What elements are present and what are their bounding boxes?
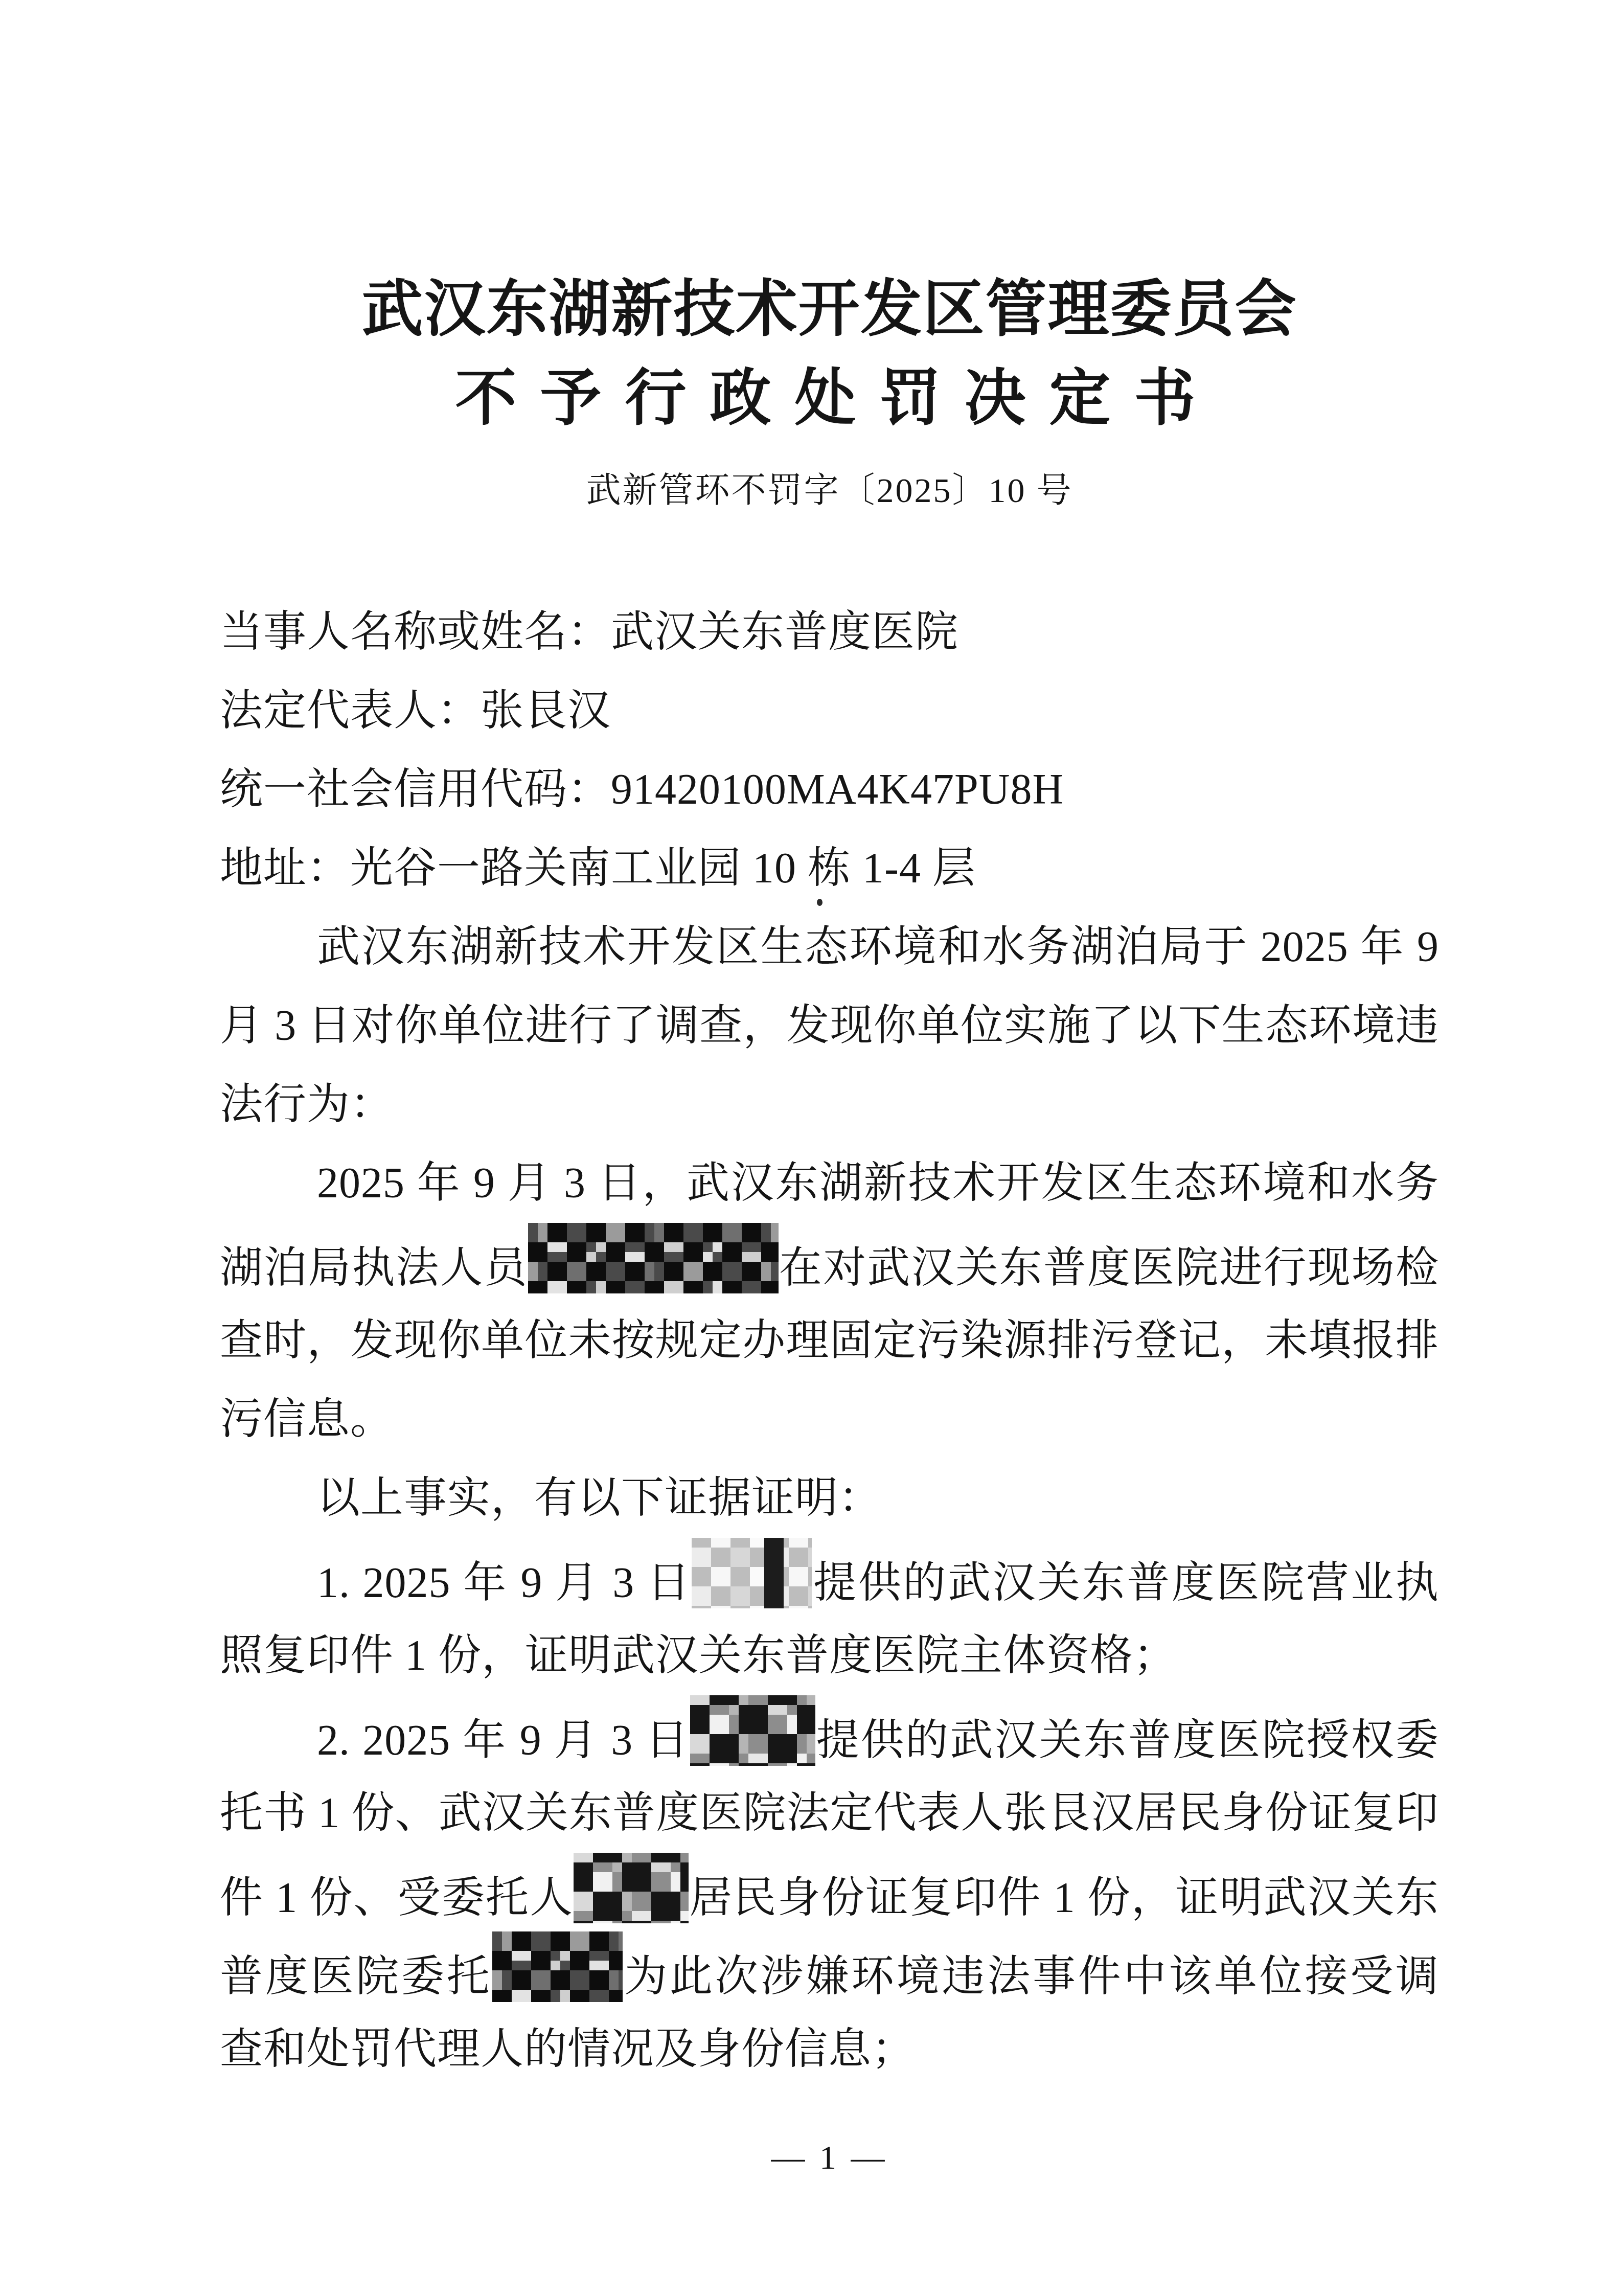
- line-text: 照复印件 1 份，证明武汉关东普度医院主体资格；: [220, 1632, 1177, 1679]
- stray-mark: [817, 899, 823, 906]
- document-line: 地址：光谷一路关南工业园 10 栋 1-4 层: [220, 829, 1439, 908]
- document-line: 查时，发现你单位未按规定办理固定污染源排污登记，未填报排: [220, 1302, 1439, 1380]
- line-text: 2025 年 9 月 3 日，武汉东湖新技术开发区生态环境和水务: [317, 1160, 1439, 1207]
- document-line: 法定代表人：张艮汉: [220, 672, 1439, 751]
- issuing-committee-title: 武汉东湖新技术开发区管理委员会: [220, 276, 1439, 344]
- line-text: 地址：光谷一路关南工业园 10 栋 1-4 层: [220, 845, 976, 892]
- line-text: 2. 2025 年 9 月 3 日: [317, 1717, 690, 1764]
- document-line: 查和处罚代理人的情况及身份信息；: [220, 2010, 1439, 2089]
- line-text: 查和处罚代理人的情况及身份信息；: [220, 2026, 915, 2073]
- document-line: 2025 年 9 月 3 日，武汉东湖新技术开发区生态环境和水务: [220, 1144, 1439, 1223]
- line-text: 以上事实，有以下证据证明：: [317, 1474, 882, 1522]
- redaction-mosaic: [574, 1853, 689, 1923]
- line-text: 提供的武汉关东普度医院授权委: [815, 1717, 1439, 1764]
- document-title: 不予行政处罚决定书: [220, 365, 1439, 433]
- line-text: 件 1 份、受委托人: [220, 1874, 574, 1922]
- line-text: 法行为：: [220, 1081, 394, 1128]
- document-line: 照复印件 1 份，证明武汉关东普度医院主体资格；: [220, 1617, 1439, 1695]
- document-line: 统一社会信用代码：91420100MA4K47PU8H: [220, 751, 1439, 829]
- line-text: 为此次涉嫌环境违法事件中该单位接受调: [623, 1953, 1439, 2001]
- line-text: 1. 2025 年 9 月 3 日: [317, 1559, 692, 1607]
- document-line: 普度医院委托为此次涉嫌环境违法事件中该单位接受调: [220, 1931, 1439, 2010]
- document-line: 武汉东湖新技术开发区生态环境和水务湖泊局于 2025 年 9: [220, 908, 1439, 987]
- redaction-mosaic: [690, 1695, 815, 1766]
- line-text: 普度医院委托: [220, 1953, 492, 2001]
- line-text: 污信息。: [220, 1396, 394, 1443]
- document-line: 法行为：: [220, 1065, 1439, 1144]
- redaction-mosaic: [528, 1223, 779, 1293]
- line-text: 月 3 日对你单位进行了调查，发现你单位实施了以下生态环境违: [220, 1002, 1439, 1050]
- document-line: 以上事实，有以下证据证明：: [220, 1459, 1439, 1538]
- line-text: 法定代表人：张艮汉: [220, 687, 611, 735]
- document-line: 当事人名称或姓名：武汉关东普度医院: [220, 593, 1439, 672]
- document-number: 武新管环不罚字〔2025〕10 号: [220, 469, 1439, 511]
- document-line: 件 1 份、受委托人居民身份证复印件 1 份，证明武汉关东: [220, 1853, 1439, 1931]
- document-line: 污信息。: [220, 1380, 1439, 1459]
- line-text: 统一社会信用代码：91420100MA4K47PU8H: [220, 766, 1064, 813]
- redaction-mosaic: [692, 1538, 812, 1608]
- line-text: 托书 1 份、武汉关东普度医院法定代表人张艮汉居民身份证复印: [220, 1789, 1439, 1837]
- line-text: 湖泊局执法人员: [220, 1244, 528, 1292]
- document-line: 湖泊局执法人员在对武汉关东普度医院进行现场检: [220, 1223, 1439, 1302]
- page-number: — 1 —: [220, 2137, 1439, 2179]
- document-line: 1. 2025 年 9 月 3 日提供的武汉关东普度医院营业执: [220, 1538, 1439, 1617]
- redaction-mosaic: [492, 1931, 623, 2002]
- line-text: 当事人名称或姓名：武汉关东普度医院: [220, 608, 958, 656]
- line-text: 在对武汉关东普度医院进行现场检: [779, 1244, 1439, 1292]
- line-text: 提供的武汉关东普度医院营业执: [812, 1559, 1439, 1607]
- document-page: 武汉东湖新技术开发区管理委员会 不予行政处罚决定书 武新管环不罚字〔2025〕1…: [0, 0, 1622, 2296]
- line-text: 居民身份证复印件 1 份，证明武汉关东: [689, 1874, 1439, 1922]
- document-line: 月 3 日对你单位进行了调查，发现你单位实施了以下生态环境违: [220, 987, 1439, 1065]
- document-line: 托书 1 份、武汉关东普度医院法定代表人张艮汉居民身份证复印: [220, 1774, 1439, 1853]
- line-text: 查时，发现你单位未按规定办理固定污染源排污登记，未填报排: [220, 1317, 1439, 1365]
- document-line: 2. 2025 年 9 月 3 日提供的武汉关东普度医院授权委: [220, 1695, 1439, 1774]
- line-text: 武汉东湖新技术开发区生态环境和水务湖泊局于 2025 年 9: [317, 923, 1439, 971]
- document-body: 当事人名称或姓名：武汉关东普度医院法定代表人：张艮汉统一社会信用代码：91420…: [220, 593, 1439, 2089]
